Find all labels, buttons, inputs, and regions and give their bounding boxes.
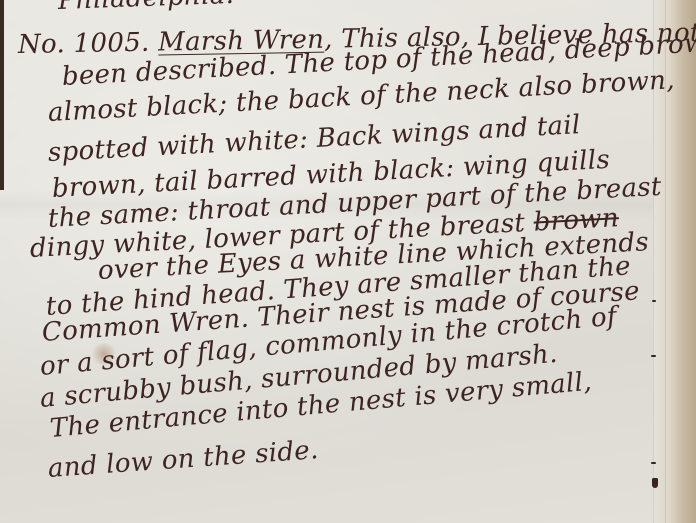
margin-mark xyxy=(651,355,656,357)
heading-fragment: Philadelphia. xyxy=(57,0,234,16)
margin-mark xyxy=(652,478,658,488)
page-left-edge xyxy=(0,0,4,190)
margin-mark xyxy=(651,462,656,464)
manuscript-page: Philadelphia. No. 1005. Marsh Wren, This… xyxy=(0,0,696,523)
margin-mark xyxy=(652,300,656,302)
text-line-14: and low on the side. xyxy=(47,435,320,484)
entry-number: No. 1005. xyxy=(18,28,150,60)
